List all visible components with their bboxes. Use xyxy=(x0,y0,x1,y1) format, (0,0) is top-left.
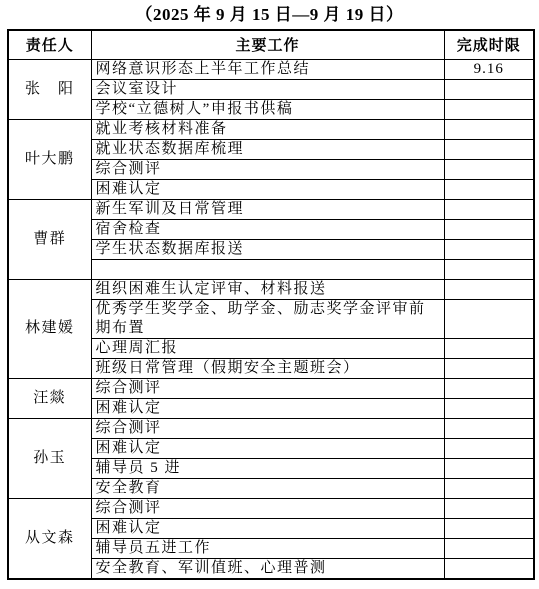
work-cell: 综合测评 xyxy=(91,378,444,398)
table-row: 叶大鹏就业考核材料准备 xyxy=(8,119,534,139)
work-cell: 综合测评 xyxy=(91,159,444,179)
work-cell: 学校“立德树人”申报书供稿 xyxy=(91,99,444,119)
work-schedule-table: 责任人 主要工作 完成时限 张 阳网络意识形态上半年工作总结9.16会议室设计学… xyxy=(7,29,535,580)
deadline-cell xyxy=(444,79,534,99)
person-cell: 叶大鹏 xyxy=(8,119,91,199)
deadline-cell xyxy=(444,418,534,438)
deadline-cell xyxy=(444,179,534,199)
table-row: 张 阳网络意识形态上半年工作总结9.16 xyxy=(8,59,534,79)
deadline-cell xyxy=(444,99,534,119)
deadline-cell: 9.16 xyxy=(444,59,534,79)
work-cell: 综合测评 xyxy=(91,418,444,438)
work-cell: 优秀学生奖学金、助学金、励志奖学金评审前期布置 xyxy=(91,299,444,338)
person-cell: 从文森 xyxy=(8,498,91,579)
person-cell: 孙玉 xyxy=(8,418,91,498)
person-cell: 张 阳 xyxy=(8,59,91,119)
work-cell: 综合测评 xyxy=(91,498,444,518)
page-title: （2025 年 9 月 15 日—9 月 19 日） xyxy=(0,0,539,27)
work-cell: 就业考核材料准备 xyxy=(91,119,444,139)
deadline-cell xyxy=(444,199,534,219)
table-body: 张 阳网络意识形态上半年工作总结9.16会议室设计学校“立德树人”申报书供稿叶大… xyxy=(8,59,534,579)
work-cell: 组织困难生认定评审、材料报送 xyxy=(91,279,444,299)
work-cell: 宿舍检查 xyxy=(91,219,444,239)
deadline-cell xyxy=(444,558,534,579)
deadline-cell xyxy=(444,259,534,279)
deadline-cell xyxy=(444,478,534,498)
deadline-cell xyxy=(444,498,534,518)
table-row: 孙玉综合测评 xyxy=(8,418,534,438)
deadline-cell xyxy=(444,438,534,458)
deadline-cell xyxy=(444,338,534,358)
column-header-work: 主要工作 xyxy=(91,30,444,59)
work-cell: 困难认定 xyxy=(91,438,444,458)
work-cell: 辅导员五进工作 xyxy=(91,538,444,558)
deadline-cell xyxy=(444,299,534,338)
table-row: 汪燚综合测评 xyxy=(8,378,534,398)
deadline-cell xyxy=(444,538,534,558)
person-cell: 汪燚 xyxy=(8,378,91,418)
deadline-cell xyxy=(444,518,534,538)
deadline-cell xyxy=(444,358,534,378)
deadline-cell xyxy=(444,139,534,159)
deadline-cell xyxy=(444,119,534,139)
work-cell xyxy=(91,259,444,279)
work-cell: 安全教育、军训值班、心理普测 xyxy=(91,558,444,579)
person-cell: 林建媛 xyxy=(8,279,91,378)
work-cell: 心理周汇报 xyxy=(91,338,444,358)
table-row: 林建媛组织困难生认定评审、材料报送 xyxy=(8,279,534,299)
work-cell: 安全教育 xyxy=(91,478,444,498)
deadline-cell xyxy=(444,159,534,179)
column-header-deadline: 完成时限 xyxy=(444,30,534,59)
work-cell: 就业状态数据库梳理 xyxy=(91,139,444,159)
deadline-cell xyxy=(444,239,534,259)
work-cell: 困难认定 xyxy=(91,398,444,418)
deadline-cell xyxy=(444,279,534,299)
header-row: 责任人 主要工作 完成时限 xyxy=(8,30,534,59)
deadline-cell xyxy=(444,458,534,478)
deadline-cell xyxy=(444,219,534,239)
table-row: 曹群新生军训及日常管理 xyxy=(8,199,534,219)
table-row: 从文森综合测评 xyxy=(8,498,534,518)
work-cell: 网络意识形态上半年工作总结 xyxy=(91,59,444,79)
work-cell: 困难认定 xyxy=(91,518,444,538)
work-cell: 学生状态数据库报送 xyxy=(91,239,444,259)
work-cell: 新生军训及日常管理 xyxy=(91,199,444,219)
work-cell: 困难认定 xyxy=(91,179,444,199)
deadline-cell xyxy=(444,398,534,418)
work-cell: 会议室设计 xyxy=(91,79,444,99)
work-cell: 班级日常管理（假期安全主题班会） xyxy=(91,358,444,378)
work-cell: 辅导员 5 进 xyxy=(91,458,444,478)
deadline-cell xyxy=(444,378,534,398)
column-header-person: 责任人 xyxy=(8,30,91,59)
document-page: （2025 年 9 月 15 日—9 月 19 日） 责任人 主要工作 完成时限… xyxy=(0,0,539,589)
person-cell: 曹群 xyxy=(8,199,91,279)
